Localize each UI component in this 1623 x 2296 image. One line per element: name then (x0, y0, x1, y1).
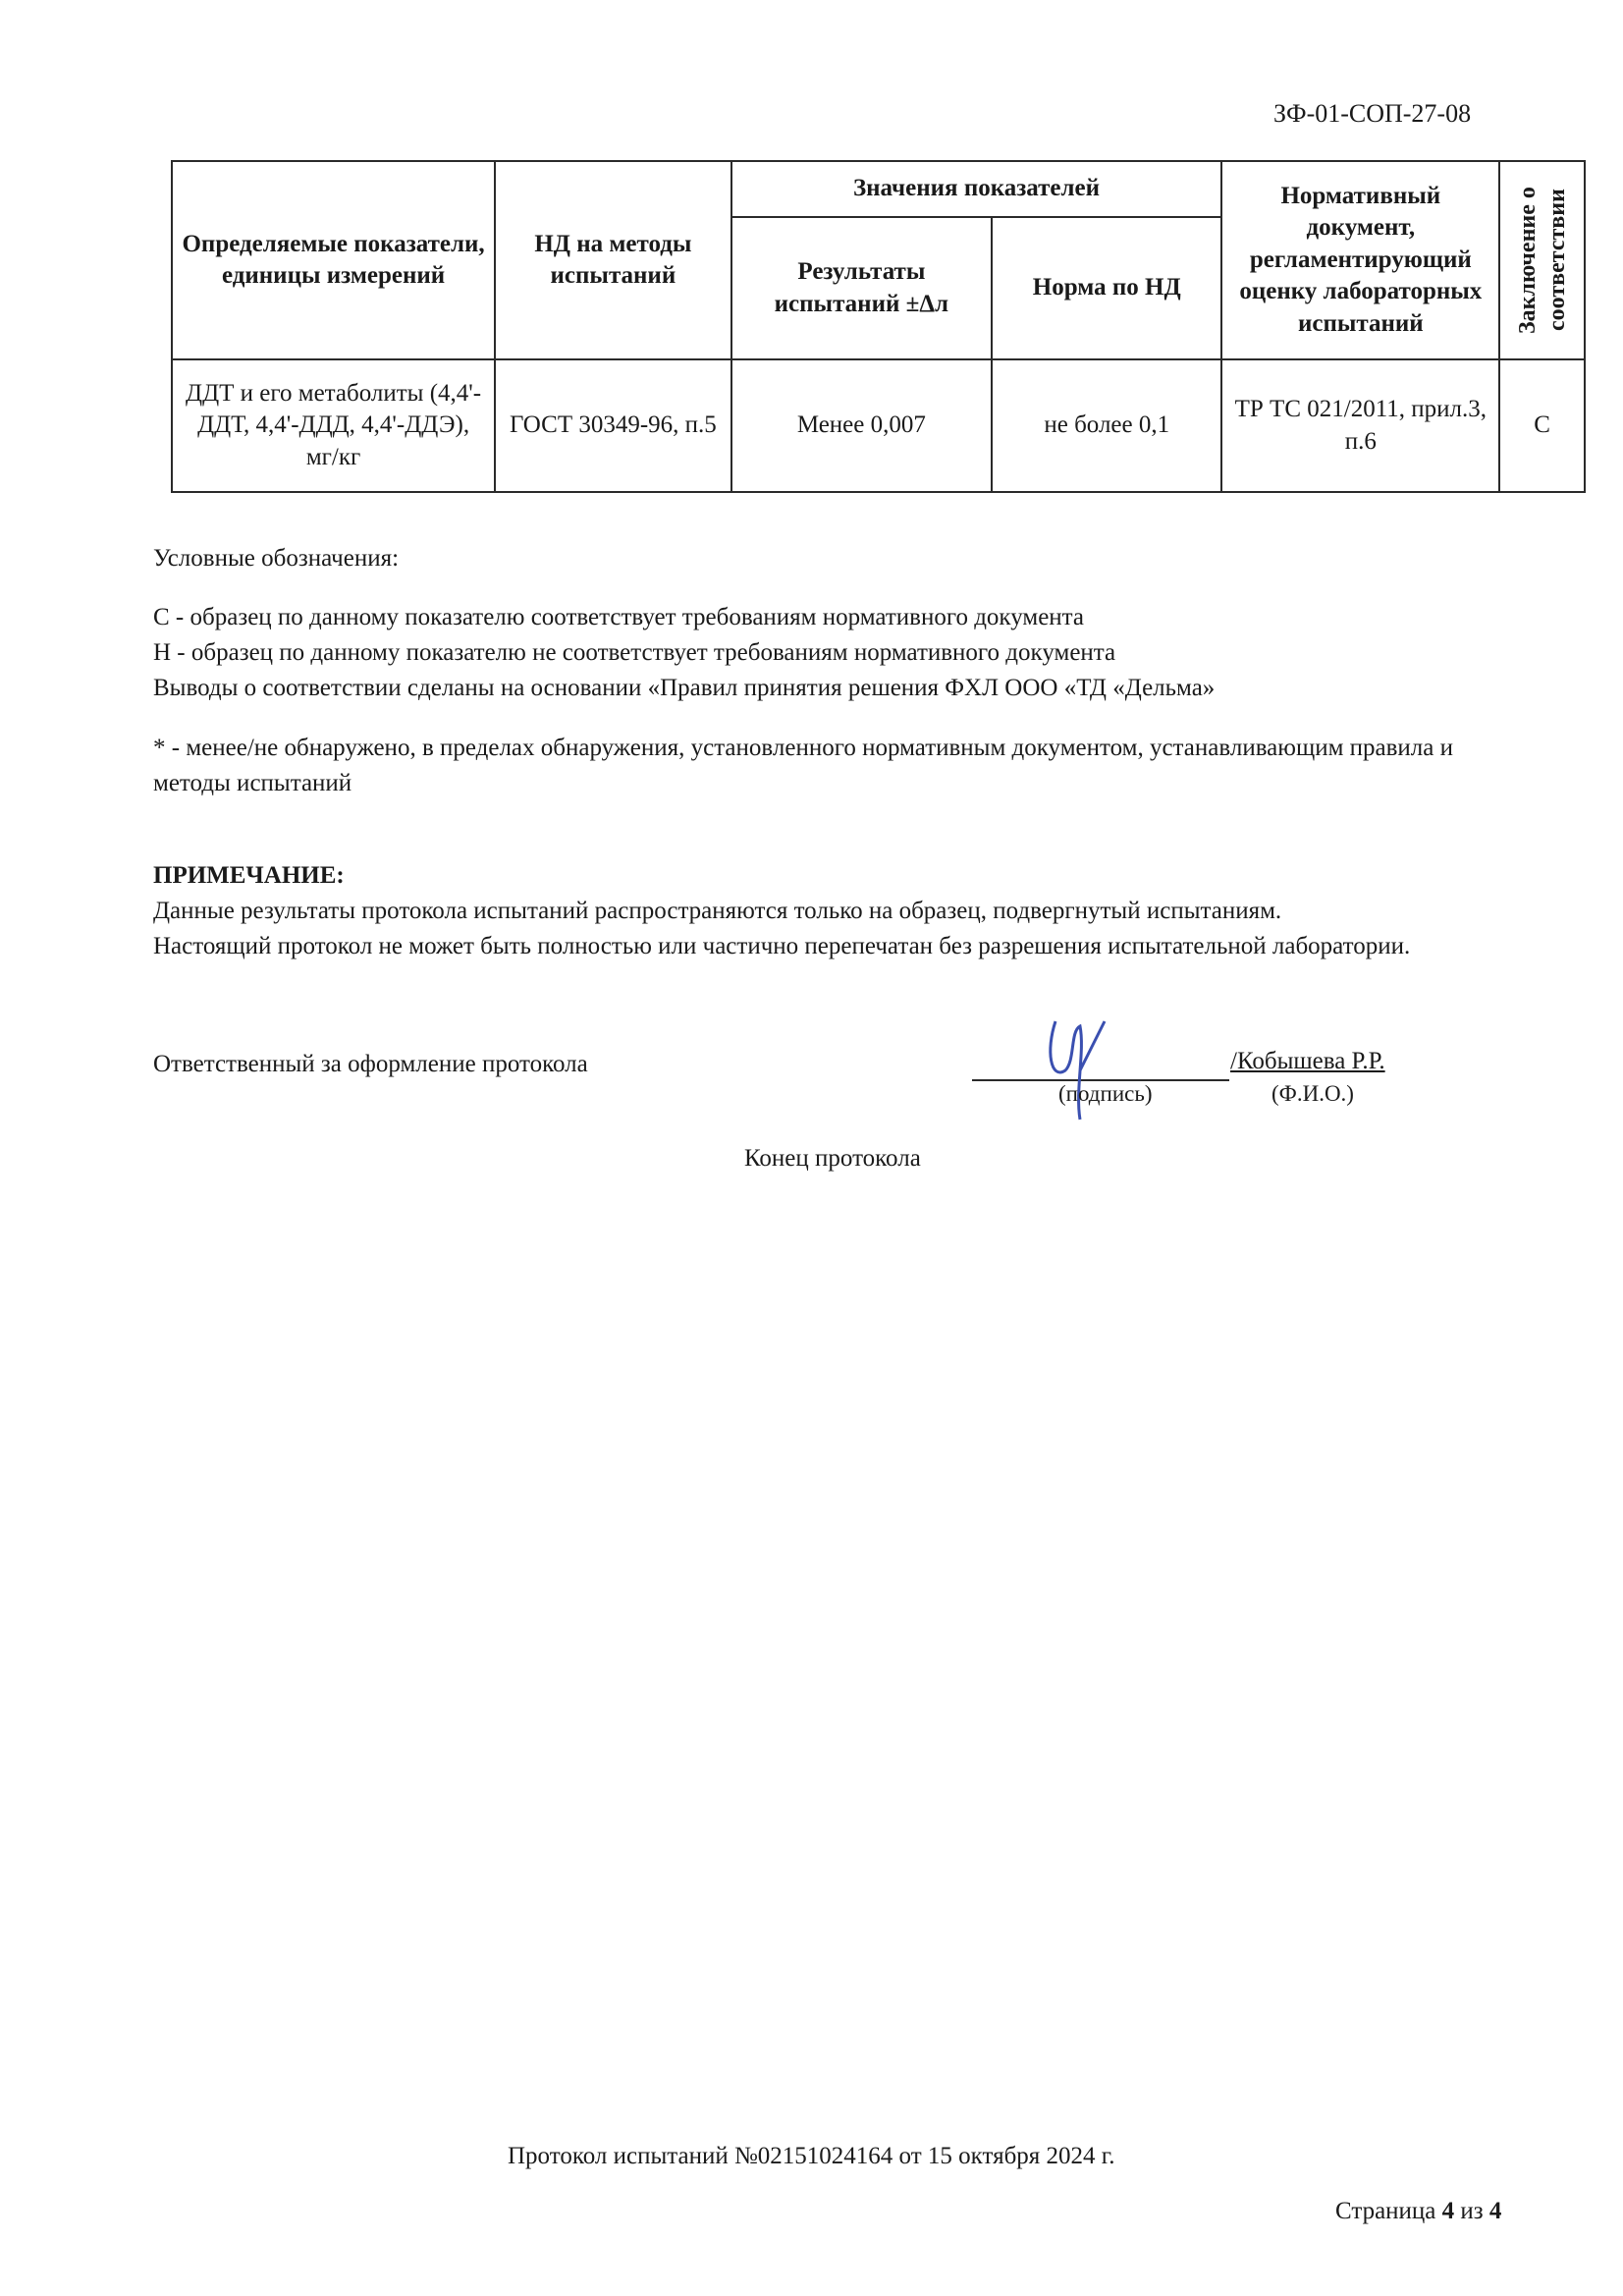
name-caption: (Ф.И.О.) (1271, 1081, 1354, 1107)
table-row: ДДТ и его метаболиты (4,4'-ДДТ, 4,4'-ДДД… (172, 359, 1585, 492)
footer-protocol: Протокол испытаний №02151024164 от 15 ок… (508, 2143, 1114, 2170)
header-conclusion: Заключение о соответствии (1499, 161, 1585, 359)
header-norm: Норма по НД (992, 217, 1221, 359)
responsible-label: Ответственный за оформление протокола (153, 1051, 588, 1078)
header-values-group: Значения показателей (731, 161, 1222, 217)
header-normative-doc: Нормативный документ, регламентирующий о… (1221, 161, 1499, 359)
cell-method: ГОСТ 30349-96, п.5 (495, 359, 730, 492)
header-method: НД на методы испытаний (495, 161, 730, 359)
legend-rules: Выводы о соответствии сделаны на основан… (153, 671, 1215, 706)
page-sep: из (1460, 2198, 1483, 2224)
legend-title: Условные обозначения: (153, 541, 399, 576)
legend-c: С - образец по данному показателю соотве… (153, 600, 1215, 635)
page-current: 4 (1442, 2198, 1455, 2224)
header-conclusion-text: Заключение о соответствии (1513, 162, 1572, 358)
legend-block: С - образец по данному показателю соотве… (153, 600, 1215, 706)
legend-h: Н - образец по данному показателю не соо… (153, 635, 1215, 671)
cell-conclusion: С (1499, 359, 1585, 492)
cell-indicator: ДДТ и его метаболиты (4,4'-ДДТ, 4,4'-ДДД… (172, 359, 495, 492)
cell-normative-doc: ТР ТС 021/2011, прил.3, п.6 (1221, 359, 1499, 492)
note-title: ПРИМЕЧАНИЕ: (153, 858, 1430, 894)
asterisk-note: * - менее/не обнаружено, в пределах обна… (153, 731, 1508, 801)
header-results: Результаты испытаний ±Δл (731, 217, 992, 359)
end-of-protocol: Конец протокола (744, 1145, 921, 1173)
page-total: 4 (1489, 2198, 1502, 2224)
form-code: ЗФ-01-СОП-27-08 (1273, 99, 1471, 129)
signature-caption: (подпись) (1058, 1081, 1152, 1107)
note-line1: Данные результаты протокола испытаний ра… (153, 894, 1430, 929)
cell-result: Менее 0,007 (731, 359, 992, 492)
page-label: Страница (1335, 2198, 1435, 2224)
results-table: Определяемые показатели, единицы измерен… (171, 160, 1586, 493)
note-line2: Настоящий протокол не может быть полност… (153, 929, 1430, 964)
note-block: ПРИМЕЧАНИЕ: Данные результаты протокола … (153, 858, 1430, 964)
signature-icon (1036, 1011, 1114, 1129)
signer-name: /Кобышева Р.Р. (1230, 1048, 1385, 1075)
header-indicator: Определяемые показатели, единицы измерен… (172, 161, 495, 359)
table-header-row: Определяемые показатели, единицы измерен… (172, 161, 1585, 217)
page-number: Страница 4 из 4 (1335, 2198, 1501, 2225)
cell-norm: не более 0,1 (992, 359, 1221, 492)
